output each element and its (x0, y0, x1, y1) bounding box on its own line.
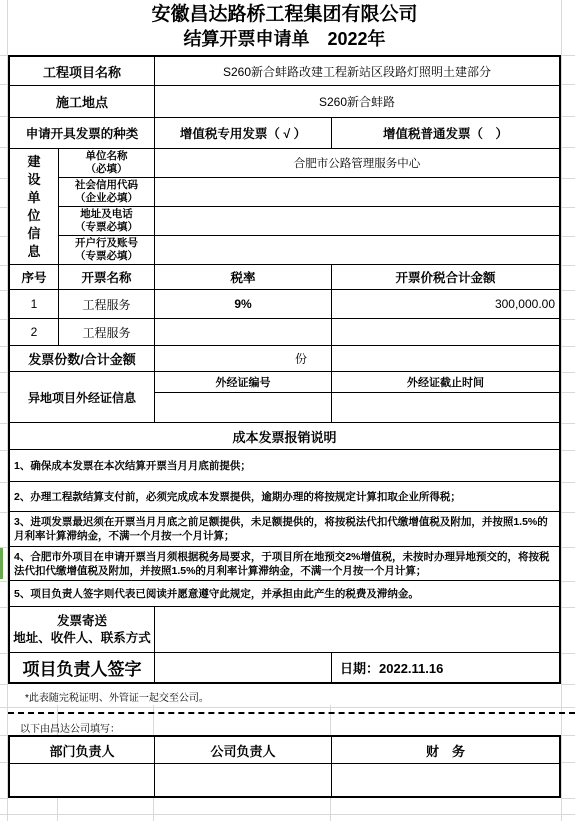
note-4: 4、合肥市外项目在申请开票当月须根据税务局要求，于项目所在地预交2%增值税，未按… (10, 547, 559, 580)
items-header-amount: 开票价税合计金额 (332, 265, 559, 289)
cert-no-header: 外经证编号 (155, 372, 331, 393)
gridline (0, 372, 7, 373)
gridline (0, 236, 7, 237)
gridline (0, 512, 7, 513)
items-header-name: 开票名称 (59, 265, 155, 289)
spreadsheet-screenshot: 安徽昌达路桥工程集团有限公司 结算开票申请单 2022年 工程项目名称 S260… (0, 0, 575, 821)
items-header-row: 序号 开票名称 税率 开票价税合计金额 (10, 265, 559, 290)
selection-indicator (0, 548, 3, 579)
company-head-signature-cell[interactable] (155, 764, 332, 796)
gridline (561, 0, 562, 821)
gridline (0, 482, 7, 483)
gridline (0, 798, 7, 799)
gridline (561, 512, 575, 513)
invoice-type-special-checkbox[interactable]: 增值税专用发票（ √ ） (155, 118, 332, 148)
mailing-value[interactable] (155, 607, 559, 652)
gridline (561, 207, 575, 208)
signature-label: 项目负责人签字 (10, 653, 155, 682)
note-row-1: 1、确保成本发票在本次结算开票当月月底前提供； (10, 450, 559, 482)
gridline (561, 798, 575, 799)
gridline (0, 319, 7, 320)
copies-amount-cell[interactable] (332, 346, 559, 371)
gridline (561, 581, 575, 582)
gridline (561, 547, 575, 548)
gridline (561, 392, 575, 393)
location-value[interactable]: S260新合蚌路 (155, 86, 559, 117)
form-title: 结算开票申请单 2022年 (8, 27, 561, 51)
invoice-request-form: 工程项目名称 S260新合蚌路改建工程新站区段路灯照明土建部分 施工地点 S26… (8, 55, 561, 684)
invoice-type-general-checkbox[interactable]: 增值税普通发票（ ） (332, 118, 559, 148)
item-1-no[interactable]: 1 (10, 290, 59, 318)
gridline (0, 684, 7, 685)
cert-deadline-value[interactable] (332, 393, 559, 422)
note-5: 5、项目负责人签字则代表已阅读并愿意遵守此规定，并承担由此产生的税费及滞纳金。 (10, 581, 559, 606)
signature-row: 项目负责人签字 日期：2022.11.16 (10, 653, 559, 682)
item-2-rate[interactable] (155, 319, 332, 345)
item-2-no[interactable]: 2 (10, 319, 59, 345)
gridline (0, 392, 7, 393)
gridline (561, 346, 575, 347)
gridline (0, 207, 7, 208)
dept-head-header: 部门负责人 (10, 737, 155, 763)
gridline (561, 147, 575, 148)
builder-row-address-phone: 地址及电话 （专票必填） (59, 207, 559, 236)
gridline (561, 178, 575, 179)
builder-name-value[interactable]: 合肥市公路管理服务中心 (155, 149, 559, 177)
project-name-value[interactable]: S260新合蚌路改建工程新站区段路灯照明土建部分 (155, 57, 559, 85)
gridline (0, 707, 7, 708)
item-1-amount[interactable]: 300,000.00 (332, 290, 559, 318)
gridline (561, 55, 575, 56)
copies-row: 发票份数/合计金额 份 (10, 346, 559, 372)
items-header-no: 序号 (10, 265, 59, 289)
approval-signature-row (10, 764, 559, 796)
gridline (561, 707, 575, 708)
company-head-header: 公司负责人 (155, 737, 332, 763)
gridline (561, 319, 575, 320)
page-break-dashed-line (8, 712, 575, 714)
builder-credit-code-value[interactable] (155, 178, 559, 206)
cost-section-title-row: 成本发票报销说明 (10, 423, 559, 450)
project-name-label: 工程项目名称 (10, 57, 155, 85)
signature-value-cell[interactable] (155, 653, 332, 682)
note-row-3: 3、进项发票最迟须在开票当月月底之前足额提供，未足额提供的，将按税法代扣代缴增值… (10, 512, 559, 547)
finance-signature-cell[interactable] (332, 764, 559, 796)
invoice-type-row: 申请开具发票的种类 增值税专用发票（ √ ） 增值税普通发票（ ） (10, 118, 559, 149)
builder-name-label: 单位名称 （必填） (59, 149, 155, 177)
item-2-name[interactable]: 工程服务 (59, 319, 155, 345)
builder-credit-code-label: 社会信用代码 （企业必填） (59, 178, 155, 206)
note-row-5: 5、项目负责人签字则代表已阅读并愿意遵守此规定，并承担由此产生的税费及滞纳金。 (10, 581, 559, 607)
location-label: 施工地点 (10, 86, 155, 117)
mailing-row: 发票寄送 地址、收件人、联系方式 (10, 607, 559, 653)
item-row-2: 2 工程服务 (10, 319, 559, 346)
gridline (0, 423, 7, 424)
gridline (561, 423, 575, 424)
gridline (561, 265, 575, 266)
mailing-label: 发票寄送 地址、收件人、联系方式 (10, 607, 155, 652)
builder-bank-account-label: 开户行及账号 （专票必填） (59, 236, 155, 264)
item-1-name[interactable]: 工程服务 (59, 290, 155, 318)
gridline (0, 147, 7, 148)
gridline (0, 178, 7, 179)
builder-row-name: 单位名称 （必填） 合肥市公路管理服务中心 (59, 149, 559, 178)
builder-row-bank-account: 开户行及账号 （专票必填） (59, 236, 559, 264)
out-of-town-block: 异地项目外经证信息 外经证编号 外经证截止时间 (10, 372, 559, 423)
item-2-amount[interactable] (332, 319, 559, 345)
gridline (8, 814, 575, 815)
builder-vertical-label: 建设单位信息 (10, 149, 59, 264)
dept-head-signature-cell[interactable] (10, 764, 155, 796)
gridline (0, 814, 7, 815)
gridline (0, 55, 7, 56)
gridline (561, 450, 575, 451)
gridline (0, 762, 7, 763)
cost-section-title: 成本发票报销说明 (10, 423, 559, 449)
approval-header-row: 部门负责人 公司负责人 财 务 (10, 737, 559, 764)
gridline (561, 236, 575, 237)
company-approval-table: 部门负责人 公司负责人 财 务 (8, 735, 561, 798)
gridline (0, 735, 7, 736)
location-row: 施工地点 S260新合蚌路 (10, 86, 559, 118)
gridline (561, 116, 575, 117)
builder-info-block: 建设单位信息 单位名称 （必填） 合肥市公路管理服务中心 社会信用代码 （企业必… (10, 149, 559, 265)
project-name-row: 工程项目名称 S260新合蚌路改建工程新站区段路灯照明土建部分 (10, 57, 559, 86)
company-fill-intro: 以下由昌达公司填写： (20, 720, 120, 735)
gridline (561, 84, 575, 85)
copies-label: 发票份数/合计金额 (10, 346, 155, 371)
signature-date[interactable]: 日期：2022.11.16 (332, 653, 559, 682)
gridline (0, 450, 7, 451)
gridline (0, 653, 7, 654)
gridline (0, 607, 7, 608)
builder-bank-account-value[interactable] (155, 236, 559, 264)
gridline (561, 762, 575, 763)
company-title: 安徽昌达路桥工程集团有限公司 (8, 2, 561, 27)
note-2: 2、办理工程款结算支付前，必须完成成本发票提供，逾期办理的将按规定计算扣取企业所… (10, 482, 559, 511)
note-1: 1、确保成本发票在本次结算开票当月月底前提供； (10, 450, 559, 481)
builder-address-phone-label: 地址及电话 （专票必填） (59, 207, 155, 235)
gridline (0, 581, 7, 582)
cert-no-value[interactable] (155, 393, 331, 422)
out-of-town-label: 异地项目外经证信息 (10, 372, 155, 422)
note-row-4: 4、合肥市外项目在申请开票当月须根据税务局要求，于项目所在地预交2%增值税，未按… (10, 547, 559, 581)
gridline (561, 684, 575, 685)
gridline (0, 84, 7, 85)
gridline (561, 735, 575, 736)
gridline (0, 265, 7, 266)
note-3: 3、进项发票最迟须在开票当月月底之前足额提供，未足额提供的，将按税法代扣代缴增值… (10, 512, 559, 546)
builder-address-phone-value[interactable] (155, 207, 559, 235)
gridline (561, 290, 575, 291)
gridline (561, 607, 575, 608)
gridline (561, 653, 575, 654)
invoice-type-label: 申请开具发票的种类 (10, 118, 155, 148)
gridline (561, 372, 575, 373)
note-row-2: 2、办理工程款结算支付前，必须完成成本发票提供，逾期办理的将按规定计算扣取企业所… (10, 482, 559, 512)
builder-row-credit-code: 社会信用代码 （企业必填） (59, 178, 559, 207)
gridline (8, 707, 561, 708)
item-row-1: 1 工程服务 9% 300,000.00 (10, 290, 559, 319)
cert-deadline-header: 外经证截止时间 (332, 372, 559, 393)
item-1-rate[interactable]: 9% (155, 290, 332, 318)
gridline (561, 482, 575, 483)
finance-header: 财 务 (332, 737, 559, 763)
gridline (0, 116, 7, 117)
gridline (0, 346, 7, 347)
gridline (0, 290, 7, 291)
items-header-rate: 税率 (155, 265, 332, 289)
copies-unit-cell[interactable]: 份 (155, 346, 332, 371)
form-footnote: *此表随完税证明、外管证一起交至公司。 (8, 686, 561, 706)
